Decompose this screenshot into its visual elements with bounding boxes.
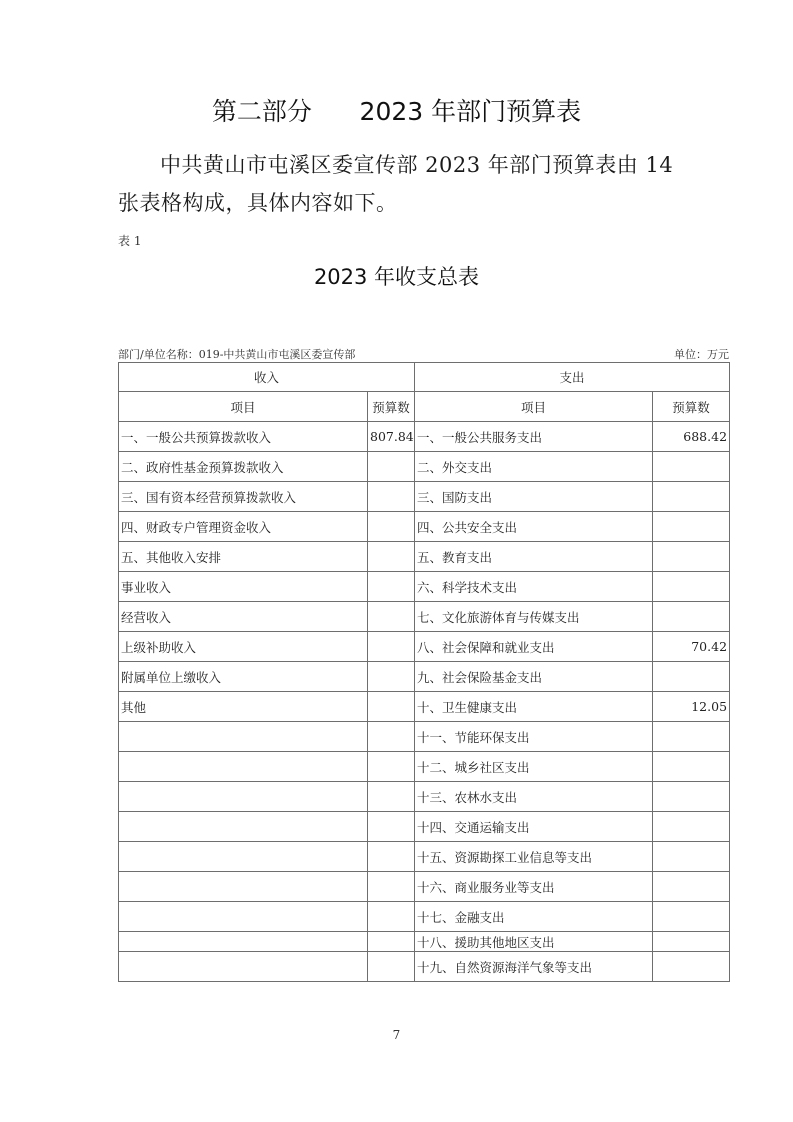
expense-budget [653,902,730,932]
expense-item: 四、公共安全支出 [415,512,653,542]
table-row: 十七、金融支出 [119,902,730,932]
income-item [119,752,368,782]
table-row: 十六、商业服务业等支出 [119,872,730,902]
income-item [119,932,368,952]
income-item: 三、国有资本经营预算拨款收入 [119,482,368,512]
department-name: 部门/单位名称：019-中共黄山市屯溪区委宣传部 [118,346,355,362]
expense-budget [653,452,730,482]
expense-item: 八、社会保障和就业支出 [415,632,653,662]
expense-item: 十七、金融支出 [415,902,653,932]
income-item-column-header: 项目 [119,392,368,422]
expense-budget [653,932,730,952]
income-item: 附属单位上缴收入 [119,662,368,692]
expense-item: 十、卫生健康支出 [415,692,653,722]
income-budget [368,952,415,982]
expense-budget [653,602,730,632]
income-budget [368,482,415,512]
table-row: 事业收入 六、科学技术支出 [119,572,730,602]
expense-header: 支出 [415,363,730,392]
expense-budget [653,952,730,982]
income-budget-column-header: 预算数 [368,392,415,422]
table-row: 附属单位上缴收入 九、社会保险基金支出 [119,662,730,692]
income-budget [368,932,415,952]
income-budget [368,902,415,932]
expense-item: 十三、农林水支出 [415,782,653,812]
expense-budget [653,812,730,842]
table-row: 十五、资源勘探工业信息等支出 [119,842,730,872]
table-row: 一、一般公共预算拨款收入 807.84 一、一般公共服务支出 688.42 [119,422,730,452]
income-item [119,902,368,932]
expense-budget: 70.42 [653,632,730,662]
table-group-header-row: 收入 支出 [119,363,730,392]
table-row: 上级补助收入 八、社会保障和就业支出 70.42 [119,632,730,662]
unit-label: 单位：万元 [674,346,729,362]
income-budget [368,572,415,602]
income-header: 收入 [119,363,415,392]
income-budget [368,692,415,722]
income-item [119,812,368,842]
expense-budget: 688.42 [653,422,730,452]
expense-budget-column-header: 预算数 [653,392,730,422]
income-item [119,952,368,982]
expense-item-column-header: 项目 [415,392,653,422]
page-number: 7 [0,1028,793,1042]
income-item: 事业收入 [119,572,368,602]
expense-item: 一、一般公共服务支出 [415,422,653,452]
income-budget: 807.84 [368,422,415,452]
income-item [119,842,368,872]
income-budget [368,512,415,542]
table-column-header-row: 项目 预算数 项目 预算数 [119,392,730,422]
expense-item: 六、科学技术支出 [415,572,653,602]
table-row: 十九、自然资源海洋气象等支出 [119,952,730,982]
table-meta: 部门/单位名称：019-中共黄山市屯溪区委宣传部 单位：万元 [118,346,729,360]
expense-item: 十二、城乡社区支出 [415,752,653,782]
income-item [119,722,368,752]
expense-budget [653,512,730,542]
expense-budget [653,722,730,752]
table-row: 十二、城乡社区支出 [119,752,730,782]
expense-item: 十一、节能环保支出 [415,722,653,752]
expense-item: 十六、商业服务业等支出 [415,872,653,902]
expense-item: 五、教育支出 [415,542,653,572]
income-budget [368,452,415,482]
income-item: 经营收入 [119,602,368,632]
income-budget [368,872,415,902]
table-title: 2023 年收支总表 [0,262,793,292]
table-row: 四、财政专户管理资金收入 四、公共安全支出 [119,512,730,542]
table-row: 二、政府性基金预算拨款收入 二、外交支出 [119,452,730,482]
income-budget [368,722,415,752]
expense-item: 二、外交支出 [415,452,653,482]
expense-budget [653,842,730,872]
table-row: 十八、援助其他地区支出 [119,932,730,952]
income-budget [368,782,415,812]
expense-budget [653,662,730,692]
table-row: 其他 十、卫生健康支出 12.05 [119,692,730,722]
expense-item: 九、社会保险基金支出 [415,662,653,692]
expense-budget: 12.05 [653,692,730,722]
expense-item: 十五、资源勘探工业信息等支出 [415,842,653,872]
expense-budget [653,572,730,602]
expense-budget [653,752,730,782]
income-expense-summary-table: 收入 支出 项目 预算数 项目 预算数 一、一般公共预算拨款收入 807.84 … [118,362,730,982]
expense-budget [653,542,730,572]
income-item [119,872,368,902]
intro-paragraph: 中共黄山市屯溪区委宣传部 2023 年部门预算表由 14 张表格构成，具体内容如… [118,146,698,222]
income-item: 四、财政专户管理资金收入 [119,512,368,542]
expense-item: 十九、自然资源海洋气象等支出 [415,952,653,982]
table-row: 五、其他收入安排 五、教育支出 [119,542,730,572]
table-row: 十四、交通运输支出 [119,812,730,842]
income-budget [368,632,415,662]
income-item [119,782,368,812]
income-item: 上级补助收入 [119,632,368,662]
income-budget [368,662,415,692]
table-row: 三、国有资本经营预算拨款收入 三、国防支出 [119,482,730,512]
part-heading: 第二部分 2023 年部门预算表 [0,94,793,130]
table-label: 表 1 [118,232,141,249]
expense-budget [653,872,730,902]
table-row: 十一、节能环保支出 [119,722,730,752]
expense-item: 三、国防支出 [415,482,653,512]
income-item: 二、政府性基金预算拨款收入 [119,452,368,482]
expense-item: 十八、援助其他地区支出 [415,932,653,952]
table-row: 经营收入 七、文化旅游体育与传媒支出 [119,602,730,632]
income-budget [368,542,415,572]
expense-item: 七、文化旅游体育与传媒支出 [415,602,653,632]
income-item: 一、一般公共预算拨款收入 [119,422,368,452]
expense-budget [653,782,730,812]
income-budget [368,812,415,842]
expense-budget [653,482,730,512]
income-item: 其他 [119,692,368,722]
income-budget [368,842,415,872]
table-row: 十三、农林水支出 [119,782,730,812]
income-item: 五、其他收入安排 [119,542,368,572]
expense-item: 十四、交通运输支出 [415,812,653,842]
income-budget [368,602,415,632]
income-budget [368,752,415,782]
